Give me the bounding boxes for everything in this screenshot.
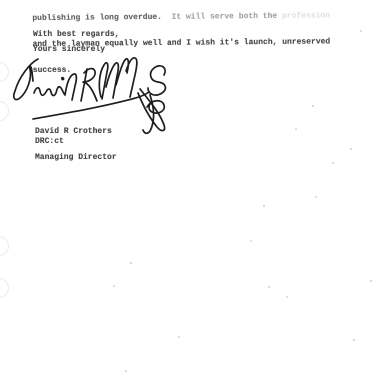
signature-stroke (62, 78, 64, 80)
body-line-1-middle: It will serve both the (162, 11, 282, 21)
signature-stroke (148, 66, 165, 95)
signatory-name: David R Crothers (35, 128, 117, 137)
hole-punch-mark (0, 236, 9, 256)
hole-punch-mark (0, 278, 9, 298)
valediction: Yours sincerely (33, 46, 105, 55)
body-line-1-start: publishing is long overdue. (32, 12, 162, 22)
scan-noise-speckles (0, 0, 2, 2)
reference-initials: DRC:ct (35, 138, 64, 147)
signature-stroke (34, 74, 76, 100)
signature-stroke (83, 69, 97, 101)
closing-regards: With best regards, (33, 31, 119, 40)
signature-stroke (99, 63, 107, 99)
signature-stroke (116, 58, 137, 97)
scanned-letter-page: publishing is long overdue. It will serv… (0, 0, 380, 380)
body-line-1: publishing is long overdue. It will serv… (32, 11, 330, 22)
body-line-1-faded-word: profession (282, 10, 330, 19)
signatory-title: Managing Director (35, 154, 117, 163)
